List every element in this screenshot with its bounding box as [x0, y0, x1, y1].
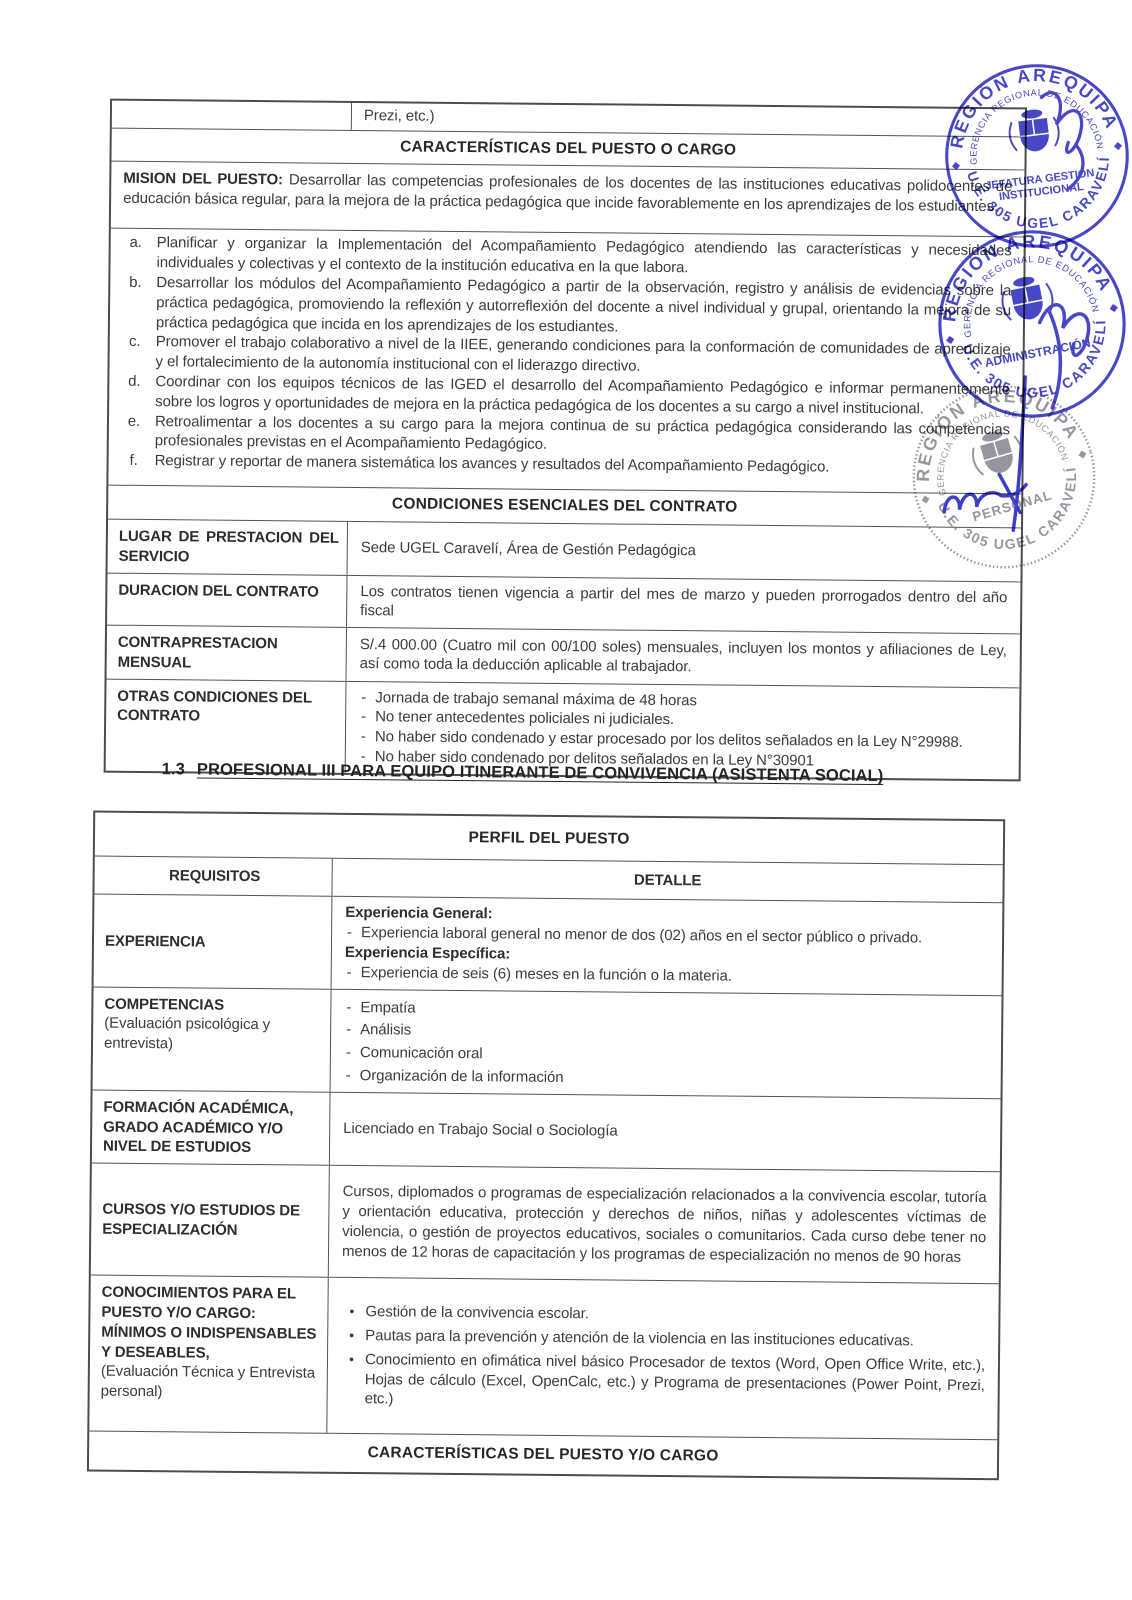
- row-label: EXPERIENCIA: [94, 895, 333, 988]
- list-item: Comunicación oral: [344, 1043, 988, 1069]
- table-row: MISION DEL PUESTO: Desarrollar las compe…: [111, 161, 1025, 237]
- experiencia-general-label: Experiencia General:: [345, 904, 492, 922]
- table-row: COMPETENCIAS (Evaluación psicológica y e…: [93, 986, 1002, 1098]
- section-number: 1.3: [162, 760, 185, 778]
- column-header-requisitos: REQUISITOS: [94, 857, 332, 896]
- row-value: Los contratos tienen vigencia a partir d…: [347, 575, 1020, 633]
- row-value: Cursos, diplomados o programas de especi…: [329, 1166, 1000, 1283]
- table-row: CONTRAPRESTACION MENSUAL S/.4 000.00 (Cu…: [107, 625, 1020, 687]
- row-label: FORMACIÓN ACADÉMICA, GRADO ACADÉMICO Y/O…: [92, 1090, 331, 1165]
- row-label: CONTRAPRESTACION MENSUAL: [107, 626, 347, 681]
- continued-text: Prezi, etc.): [364, 107, 435, 125]
- caracteristicas-condiciones-table: Prezi, etc.) CARACTERÍSTICAS DEL PUESTO …: [104, 99, 1027, 782]
- experiencia-especifica-label: Experiencia Específica:: [345, 944, 510, 963]
- list-item: b. Desarrollar los módulos del Acompañam…: [114, 273, 1016, 341]
- conditions-list: Jornada de trabajo semanal máxima de 48 …: [359, 688, 1007, 773]
- row-label: DURACION DEL CONTRATO: [107, 573, 347, 627]
- row-value: Licenciado en Trabajo Social o Sociologí…: [330, 1093, 1001, 1172]
- row-value: Gestión de la convivencia escolar. Pauta…: [327, 1278, 998, 1439]
- perfil-del-puesto-table: PERFIL DEL PUESTO REQUISITOS DETALLE EXP…: [87, 810, 1005, 1479]
- table-row: a. Planificar y organizar la Implementac…: [108, 228, 1023, 494]
- table-row: FORMACIÓN ACADÉMICA, GRADO ACADÉMICO Y/O…: [92, 1089, 1001, 1171]
- empty-cell: [112, 101, 352, 130]
- document-content: Prezi, etc.) CARACTERÍSTICAS DEL PUESTO …: [0, 0, 1132, 1600]
- list-item: Experiencia de seis (6) meses en la func…: [345, 963, 989, 989]
- table-row: CONOCIMIENTOS PARA EL PUESTO Y/O CARGO: …: [89, 1275, 998, 1440]
- table-row: LUGAR DE PRESTACION DEL SERVICIO Sede UG…: [108, 519, 1021, 581]
- row-value: S/.4 000.00 (Cuatro mil con 00/100 soles…: [347, 628, 1020, 687]
- row-label: LUGAR DE PRESTACION DEL SERVICIO: [108, 520, 348, 575]
- table-row: CURSOS Y/O ESTUDIOS DE ESPECIALIZACIÓN C…: [91, 1163, 1000, 1284]
- list-item: Empatía: [344, 998, 988, 1024]
- row-value: Empatía Análisis Comunicación oral Organ…: [331, 989, 1002, 1098]
- duties-cell: a. Planificar y organizar la Implementac…: [108, 229, 1023, 494]
- list-item: Organización de la información: [344, 1066, 988, 1092]
- row-label: CONOCIMIENTOS PARA EL PUESTO Y/O CARGO: …: [89, 1276, 328, 1433]
- list-item: Análisis: [344, 1020, 988, 1046]
- mission-label: MISION DEL PUESTO:: [123, 170, 283, 189]
- column-header-detalle: DETALLE: [332, 859, 1002, 902]
- mission-cell: MISION DEL PUESTO: Desarrollar las compe…: [111, 162, 1025, 237]
- table-row: EXPERIENCIA Experiencia General: Experie…: [94, 894, 1003, 995]
- list-item: Pautas para la prevención y atención de …: [341, 1326, 985, 1352]
- section-title: PROFESIONAL III PARA EQUIPO ITINERANTE D…: [197, 760, 884, 785]
- list-item: Conocimiento en ofimática nivel básico P…: [341, 1350, 986, 1416]
- list-item: Gestión de la convivencia escolar.: [341, 1302, 985, 1328]
- row-value: Sede UGEL Caravelí, Área de Gestión Peda…: [348, 522, 1021, 581]
- scanned-document-page: Prezi, etc.) CARACTERÍSTICAS DEL PUESTO …: [0, 0, 1132, 1600]
- row-label: COMPETENCIAS (Evaluación psicológica y e…: [93, 987, 332, 1091]
- row-value: Experiencia General: Experiencia laboral…: [332, 897, 1003, 995]
- table-row: DURACION DEL CONTRATO Los contratos tien…: [107, 572, 1020, 633]
- row-label: OTRAS CONDICIONES DEL CONTRATO: [106, 679, 347, 772]
- row-label: CURSOS Y/O ESTUDIOS DE ESPECIALIZACIÓN: [91, 1164, 330, 1277]
